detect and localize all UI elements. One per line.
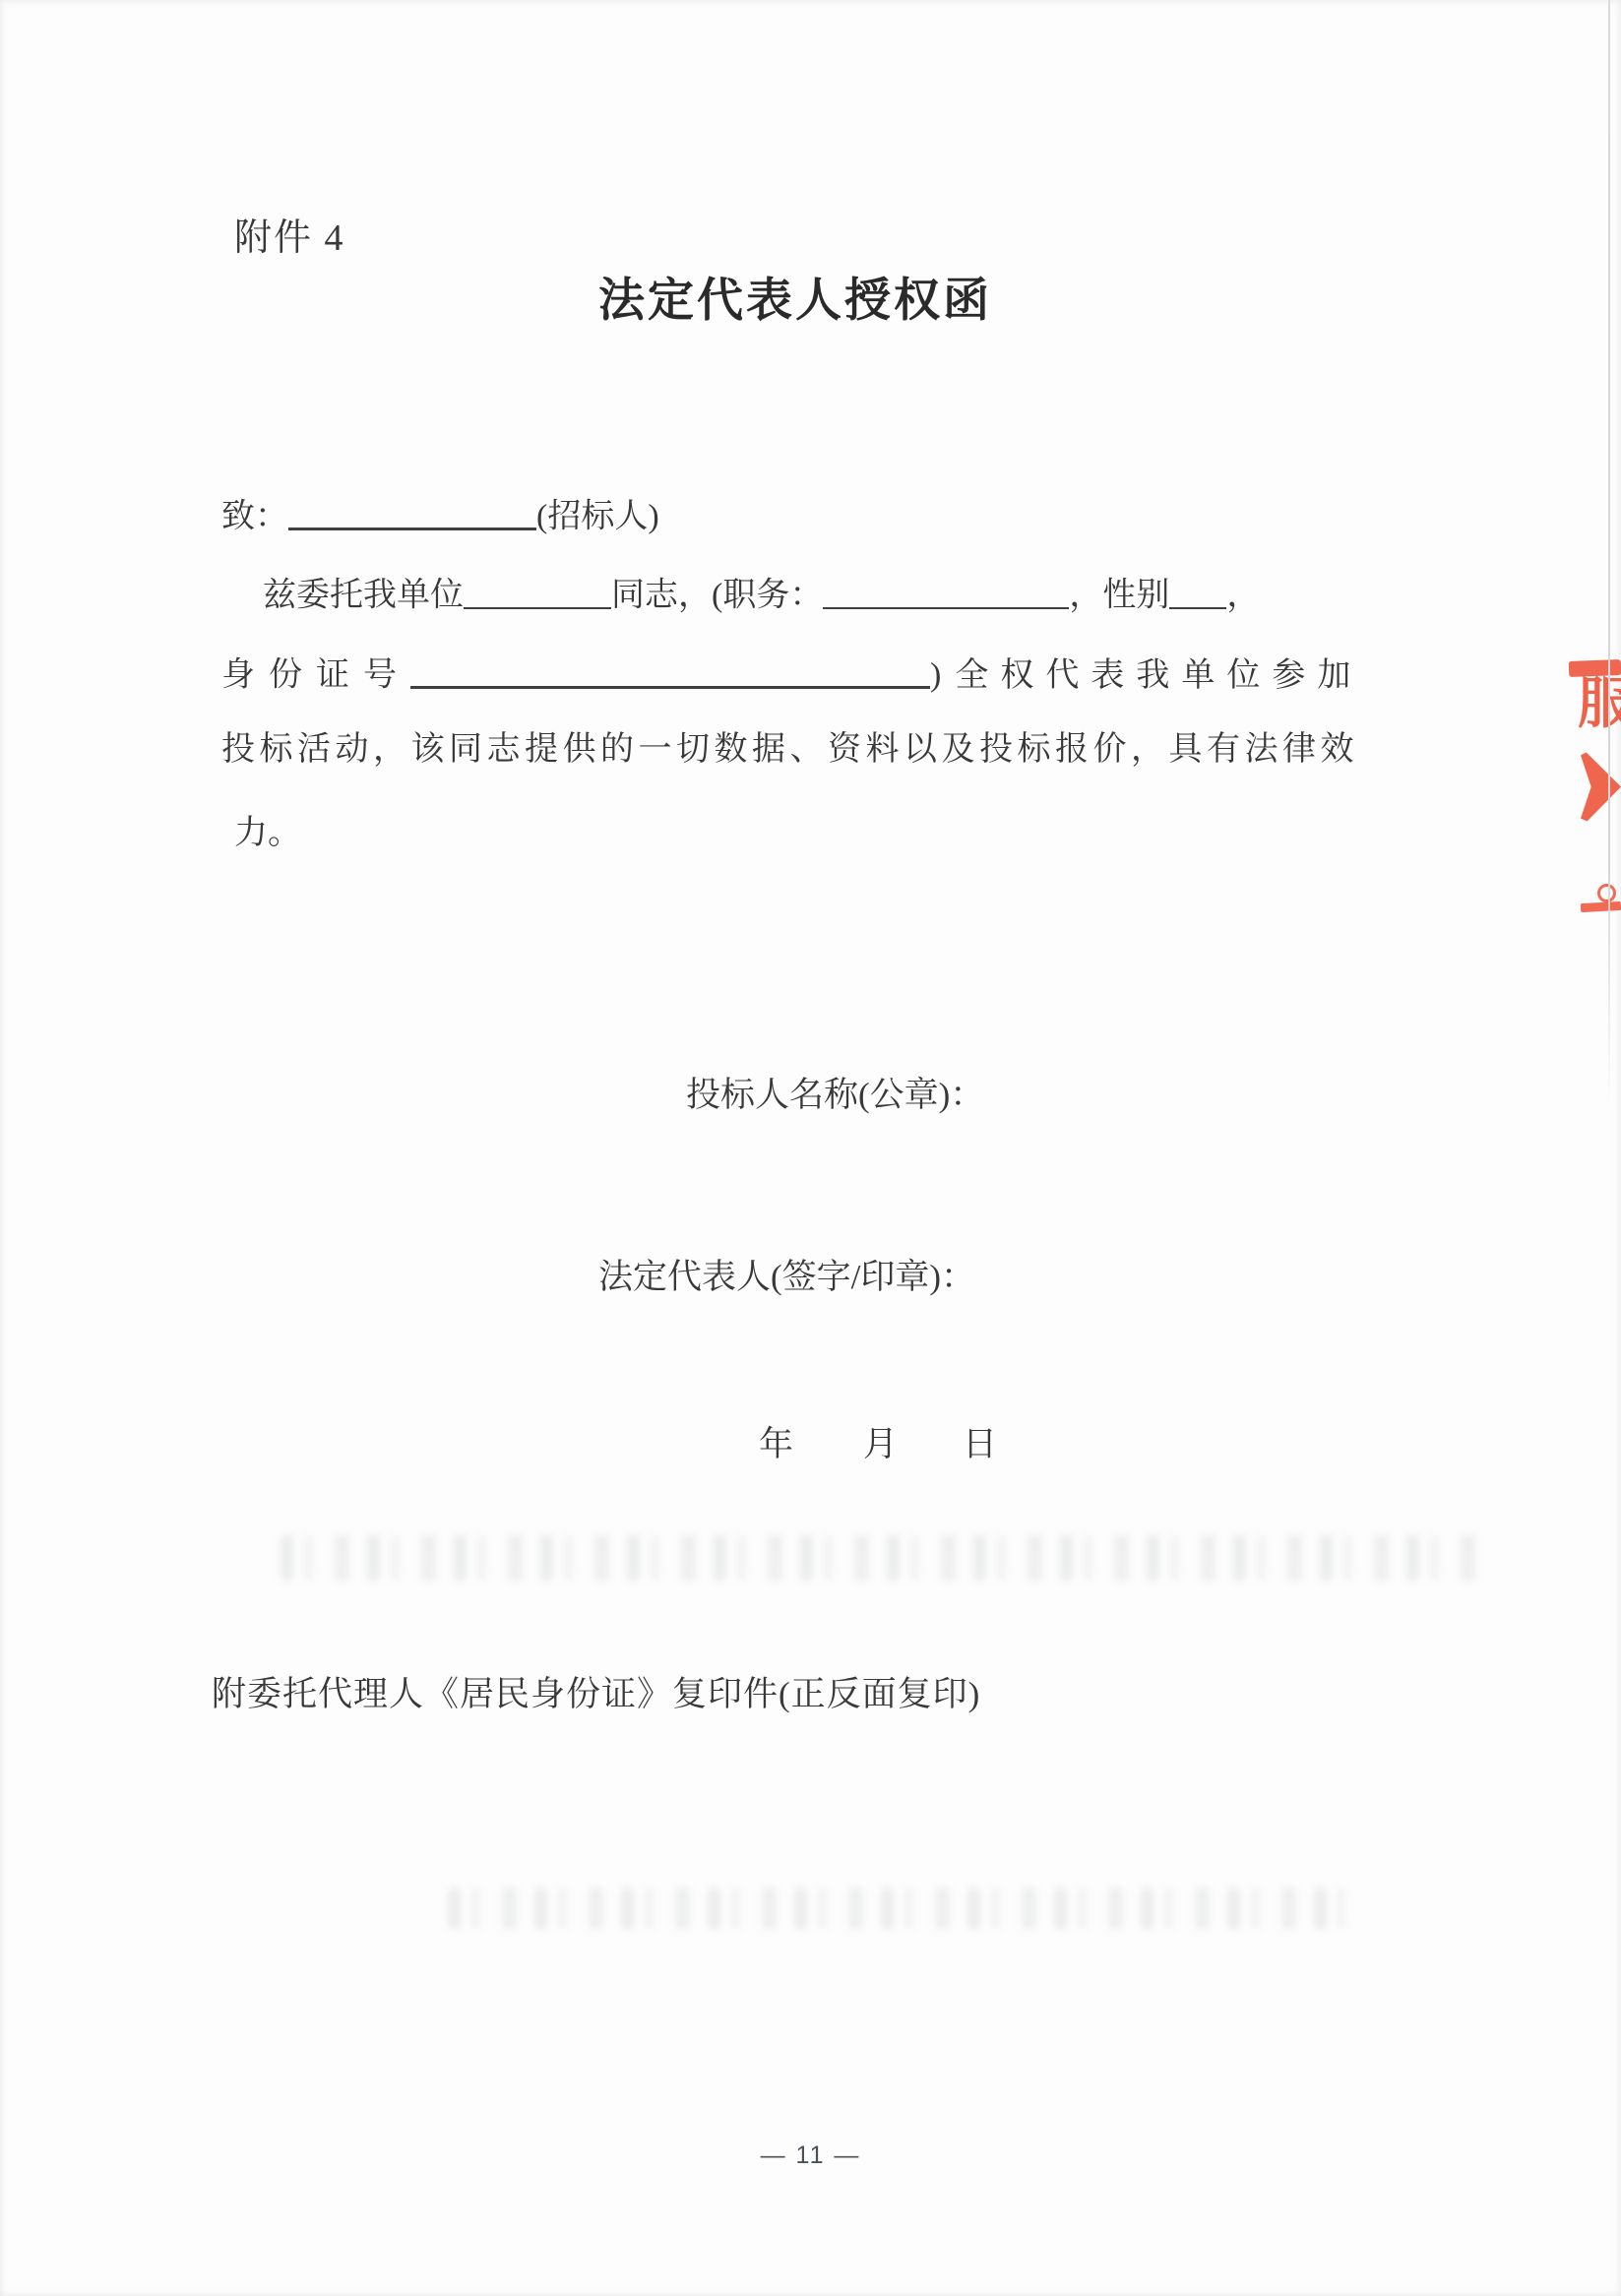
- scanned-document-page: 附件 4 法定代表人授权函 致：(招标人) 兹委托我单位同志，(职务：，性别， …: [0, 0, 1621, 2296]
- comma-1: ，: [1069, 578, 1102, 614]
- legal-effect-line: 投标活动，该同志提供的一切数据、资料以及投标报价，具有法律效: [221, 727, 1358, 773]
- seal-glyph: 服: [1578, 675, 1621, 734]
- id-label: 身份证号: [221, 657, 410, 694]
- date-line: 年月日: [759, 1417, 997, 1466]
- gender-text: 性别: [1102, 578, 1169, 614]
- legal-representative-label: 法定代表人(签字/印章)：: [598, 1250, 975, 1299]
- paren-close: ): [930, 657, 941, 694]
- bidder-name-label: 投标人名称(公章)：: [686, 1068, 984, 1117]
- month-label: 月: [863, 1425, 898, 1463]
- salutation-line: 致：(招标人): [221, 489, 659, 540]
- seal-character-fragment: 服: [1578, 675, 1621, 736]
- salutation-suffix: (招标人): [536, 499, 659, 535]
- footnote-attachment-note: 附委托代理人《居民身份证》复印件(正反面复印): [212, 1667, 980, 1716]
- id-number-blank: [410, 651, 930, 689]
- seal-star-icon: [1581, 751, 1621, 823]
- bleed-through-band-2: [448, 1888, 1345, 1929]
- entrust-text: 兹委托我单位: [263, 578, 464, 614]
- seal-dash-mark-icon: [1581, 901, 1621, 912]
- salutation-prefix: 致：: [221, 499, 288, 535]
- comma-2: ，: [1226, 578, 1260, 614]
- comrade-text: 同志，(职务：: [611, 578, 823, 614]
- year-label: 年: [759, 1425, 793, 1463]
- attachment-label: 附件 4: [234, 207, 345, 261]
- seal-circle-mark-icon: [1597, 884, 1616, 902]
- gender-blank: [1169, 572, 1226, 609]
- bleed-through-band-1: [281, 1535, 1486, 1581]
- recipient-blank: [288, 492, 536, 530]
- position-blank: [823, 572, 1069, 609]
- agent-name-blank: [464, 572, 611, 609]
- page-number: — 11 —: [761, 2141, 861, 2170]
- authorize-text: 全权代表我单位参加: [955, 657, 1362, 694]
- paragraph-end-line: 力。: [234, 811, 301, 856]
- page-title: 法定代表人授权函: [598, 264, 992, 330]
- page-edge-line: [1608, 0, 1610, 1112]
- day-label: 日: [963, 1425, 997, 1463]
- entrust-line: 兹委托我单位同志，(职务：，性别，: [263, 569, 1260, 619]
- id-number-line: 身份证号)全权代表我单位参加: [221, 648, 1362, 699]
